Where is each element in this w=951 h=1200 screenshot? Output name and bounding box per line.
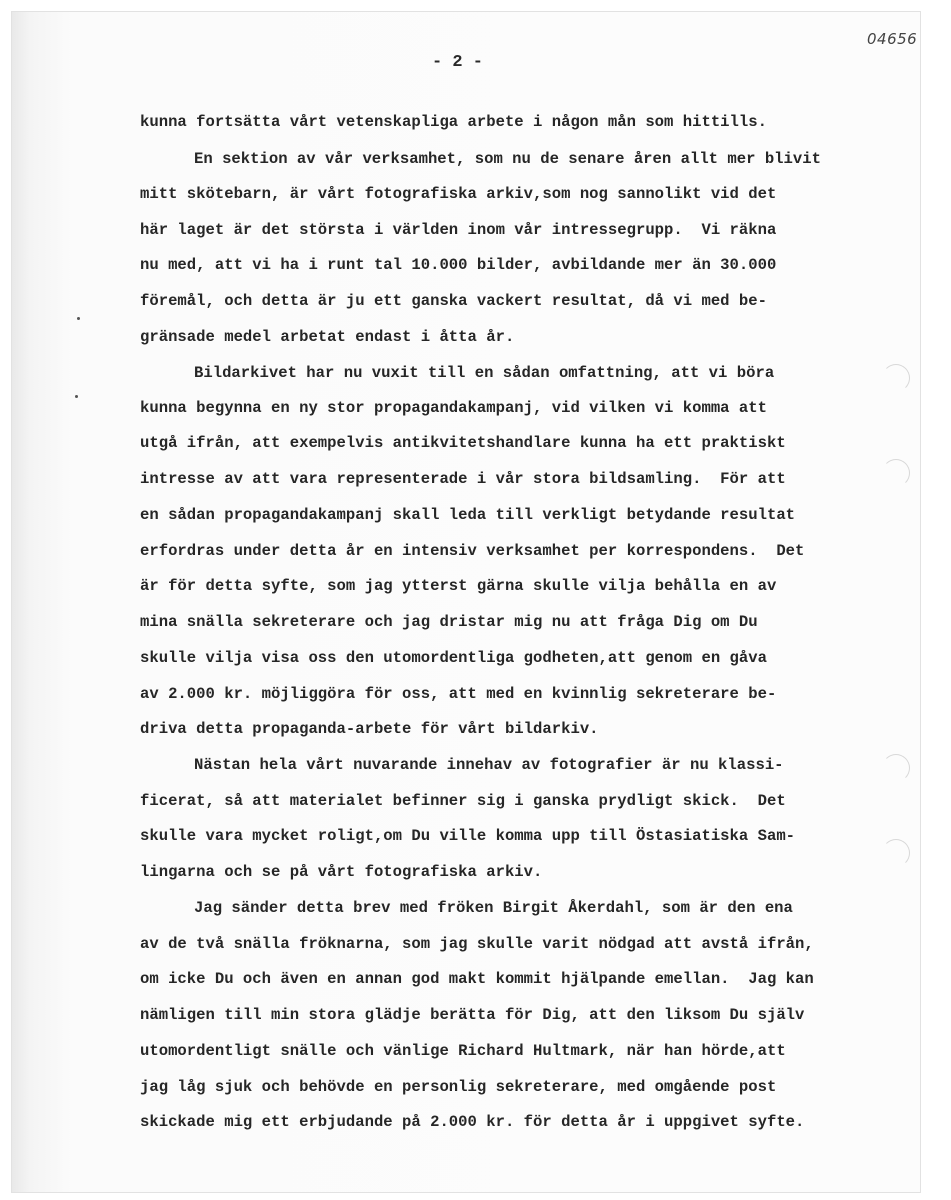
archive-number: 04656 [867,30,917,48]
text-line: här laget är det största i världen inom … [140,220,776,240]
text-line: kunna begynna en ny stor propagandakampa… [140,398,767,418]
ink-speck [77,317,80,320]
text-line: nämligen till min stora glädje berätta f… [140,1005,804,1025]
text-line: Nästan hela vårt nuvarande innehav av fo… [194,755,784,775]
text-line: nu med, att vi ha i runt tal 10.000 bild… [140,255,776,275]
text-line: skickade mig ett erbjudande på 2.000 kr.… [140,1112,804,1132]
punch-hole-3 [882,754,910,782]
page-number: - 2 - [432,53,483,72]
punch-hole-4 [882,839,910,867]
text-line: en sådan propagandakampanj skall leda ti… [140,505,795,525]
text-line: av de två snälla fröknarna, som jag skul… [140,934,814,954]
text-line: Jag sänder detta brev med fröken Birgit … [194,898,793,918]
text-line: En sektion av vår verksamhet, som nu de … [194,149,821,169]
punch-hole-1 [882,364,910,392]
text-line: gränsade medel arbetat endast i åtta år. [140,327,514,347]
text-line: är för detta syfte, som jag ytterst gärn… [140,576,776,596]
document-page: 04656 - 2 - kunna fortsätta vårt vetensk… [12,12,920,1192]
text-line: utgå ifrån, att exempelvis antikvitetsha… [140,433,786,453]
text-line: jag låg sjuk och behövde en personlig se… [140,1077,776,1097]
punch-hole-2 [882,459,910,487]
text-line: utomordentligt snälle och vänlige Richar… [140,1041,786,1061]
text-line: kunna fortsätta vårt vetenskapliga arbet… [140,112,767,132]
text-line: ficerat, så att materialet befinner sig … [140,791,786,811]
text-line: skulle vara mycket roligt,om Du ville ko… [140,826,795,846]
text-line: föremål, och detta är ju ett ganska vack… [140,291,767,311]
text-line: av 2.000 kr. möjliggöra för oss, att med… [140,684,776,704]
text-line: skulle vilja visa oss den utomordentliga… [140,648,767,668]
text-line: Bildarkivet har nu vuxit till en sådan o… [194,363,774,383]
text-line: mina snälla sekreterare och jag dristar … [140,612,758,632]
text-line: lingarna och se på vårt fotografiska ark… [140,862,542,882]
text-line: mitt skötebarn, är vårt fotografiska ark… [140,184,776,204]
ink-speck [75,395,78,398]
text-line: om icke Du och även en annan god makt ko… [140,969,814,989]
text-line: intresse av att vara representerade i vå… [140,469,786,489]
text-line: driva detta propaganda-arbete för vårt b… [140,719,599,739]
text-line: erfordras under detta år en intensiv ver… [140,541,804,561]
